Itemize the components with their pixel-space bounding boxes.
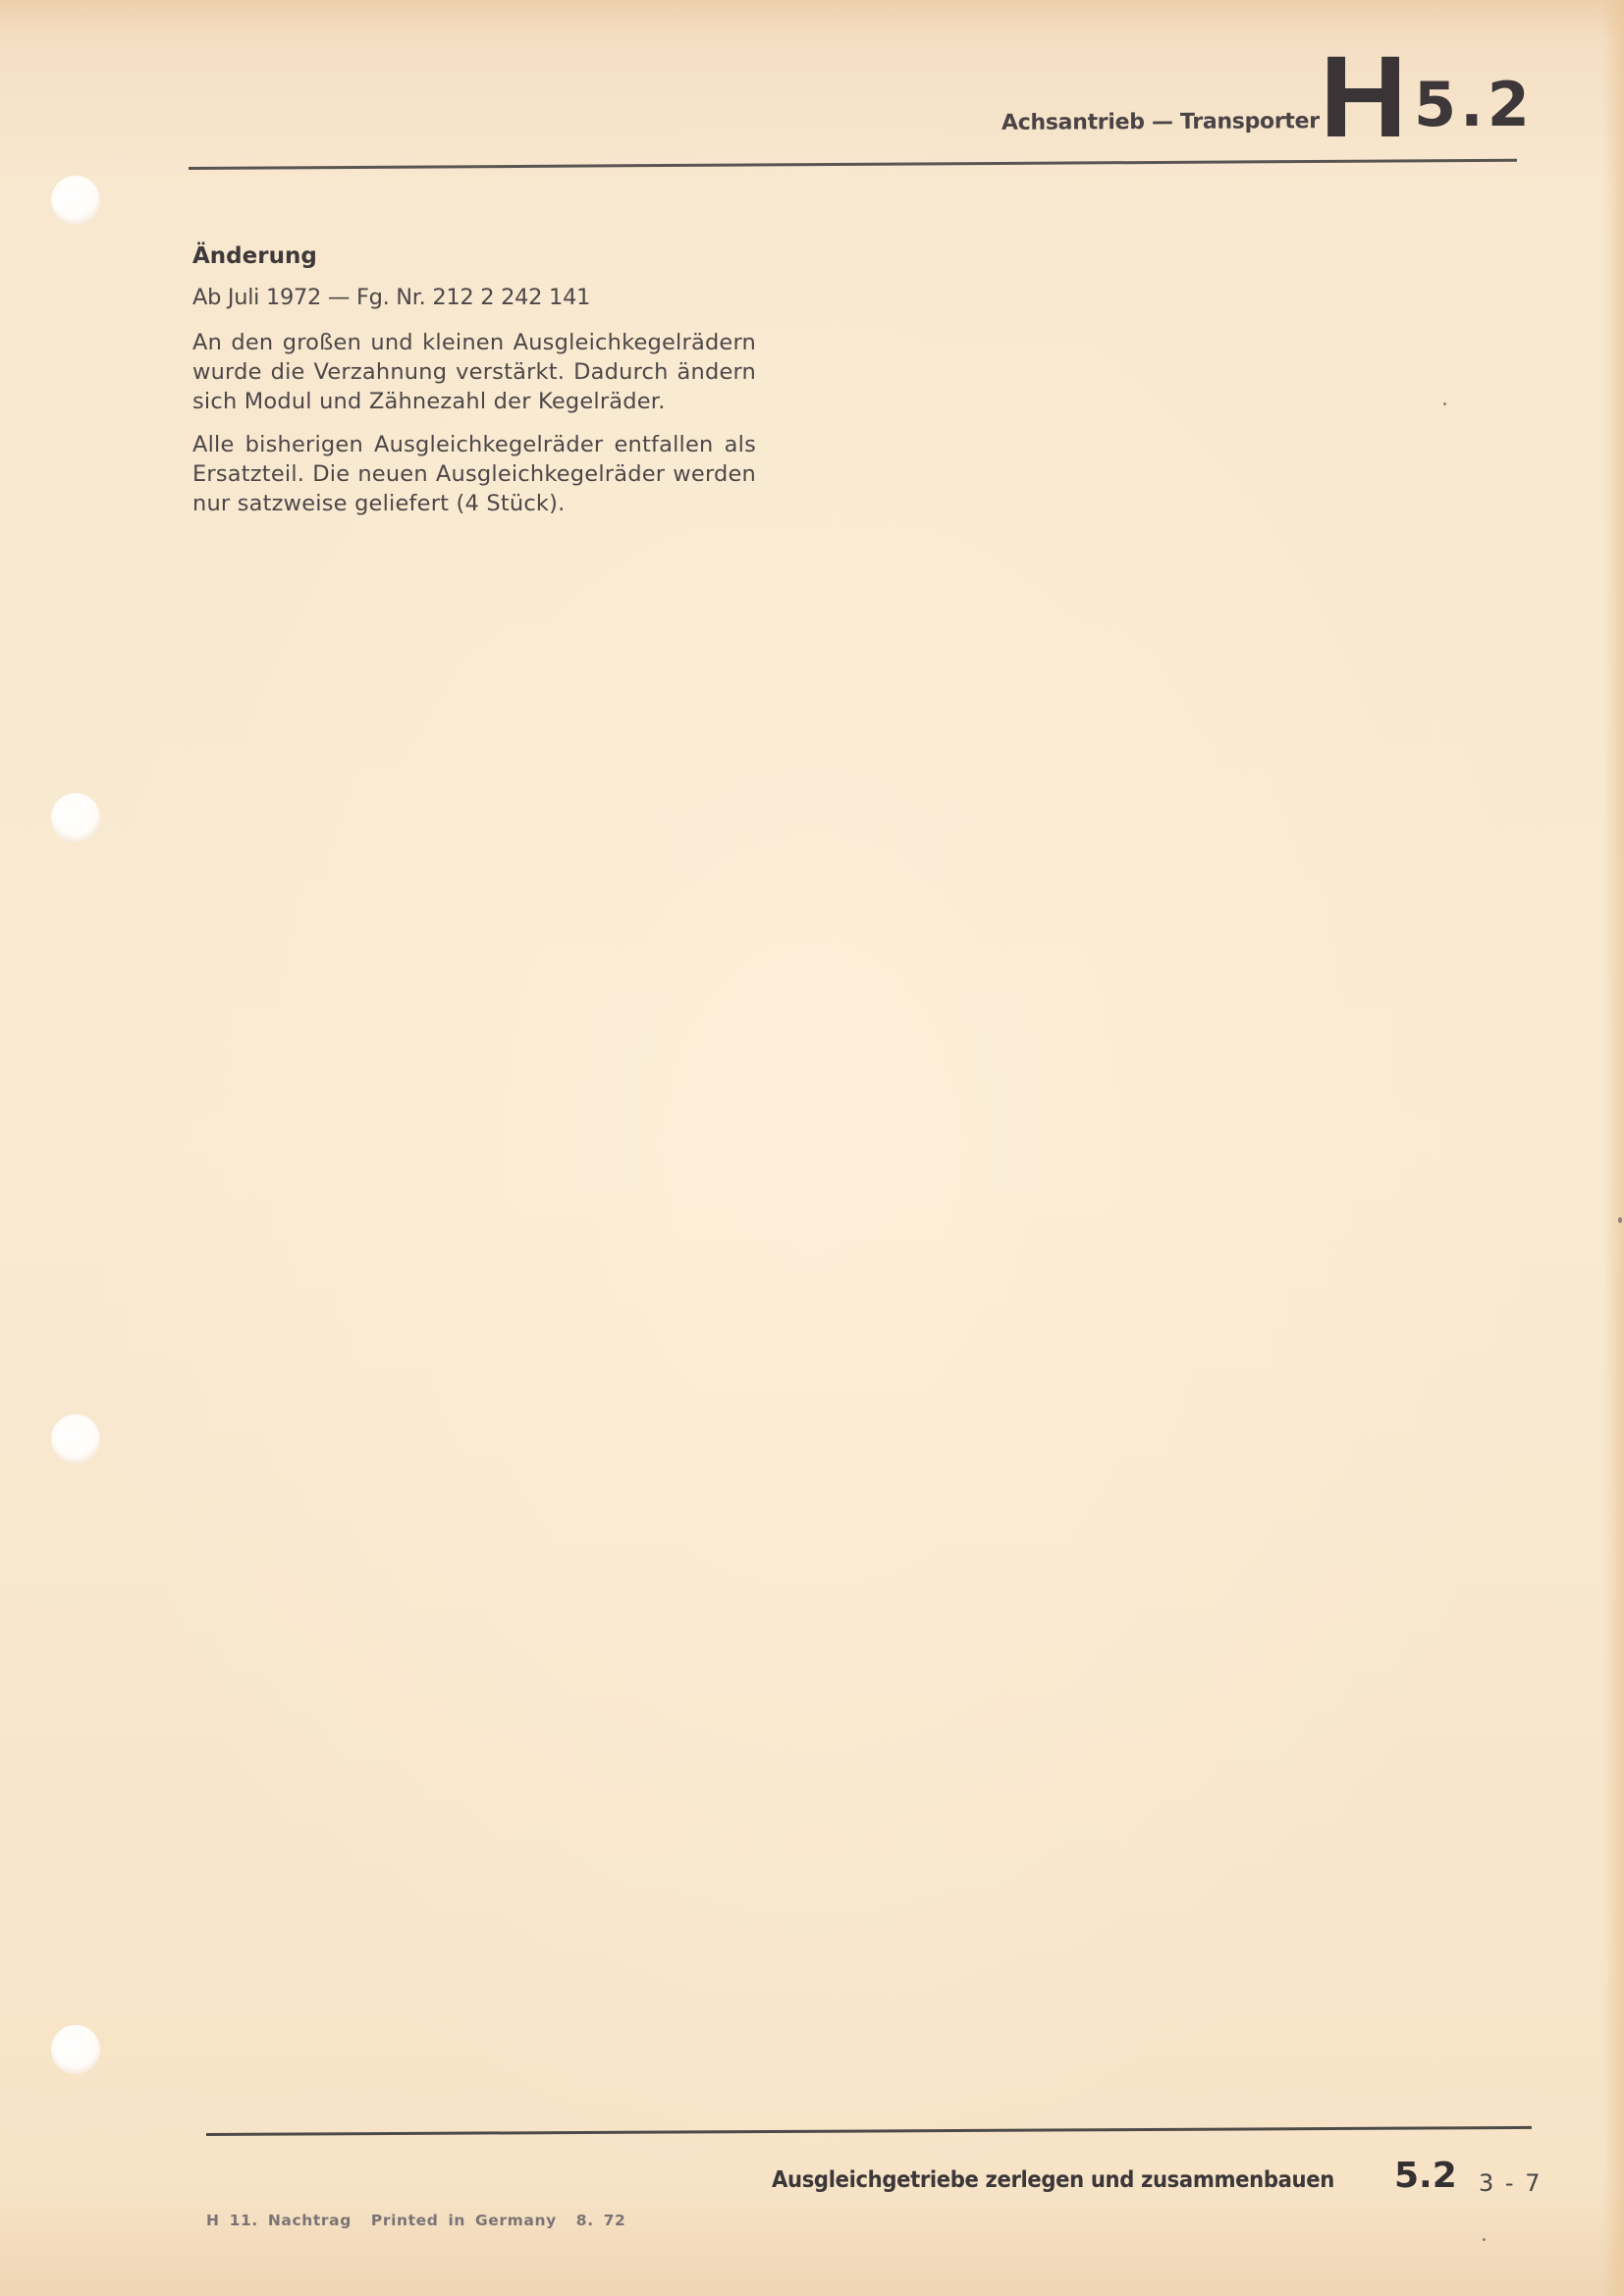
header-title: Achsantrieb — Transporter: [1001, 109, 1320, 135]
notice-effective-line: Ab Juli 1972 — Fg. Nr. 212 2 242 141: [192, 283, 756, 312]
punch-hole-3: [51, 1415, 100, 1464]
punch-hole-1: [51, 176, 100, 225]
notice-heading: Änderung: [192, 241, 756, 271]
punch-hole-2: [51, 793, 100, 842]
notice-paragraph: An den großen und kleinen Ausgleichkegel…: [192, 328, 756, 416]
group-number: 5.2: [1414, 75, 1534, 135]
paper-speck: [1618, 1217, 1622, 1223]
group-letter: H: [1320, 39, 1407, 155]
paper-shadow-right: [1602, 0, 1624, 2296]
footer-section-number: 5.2: [1394, 2156, 1457, 2196]
document-page: Achsantrieb — Transporter H 5.2 Änderung…: [0, 0, 1624, 2296]
footer-rule: [206, 2126, 1532, 2136]
header-rule: [189, 159, 1517, 170]
page-number: 3 - 7: [1479, 2169, 1542, 2197]
notice-paragraph: Alle bisherigen Ausgleichkegelräder entf…: [192, 430, 756, 518]
footer-title: Ausgleichgetriebe zerlegen und zusammenb…: [772, 2167, 1334, 2193]
paper-speck: [1443, 402, 1446, 405]
change-notice: Änderung Ab Juli 1972 — Fg. Nr. 212 2 24…: [192, 241, 756, 532]
paper-speck: [1483, 2238, 1486, 2241]
punch-hole-4: [51, 2025, 100, 2074]
imprint-line: H 11. Nachtrag Printed in Germany 8. 72: [206, 2212, 625, 2229]
